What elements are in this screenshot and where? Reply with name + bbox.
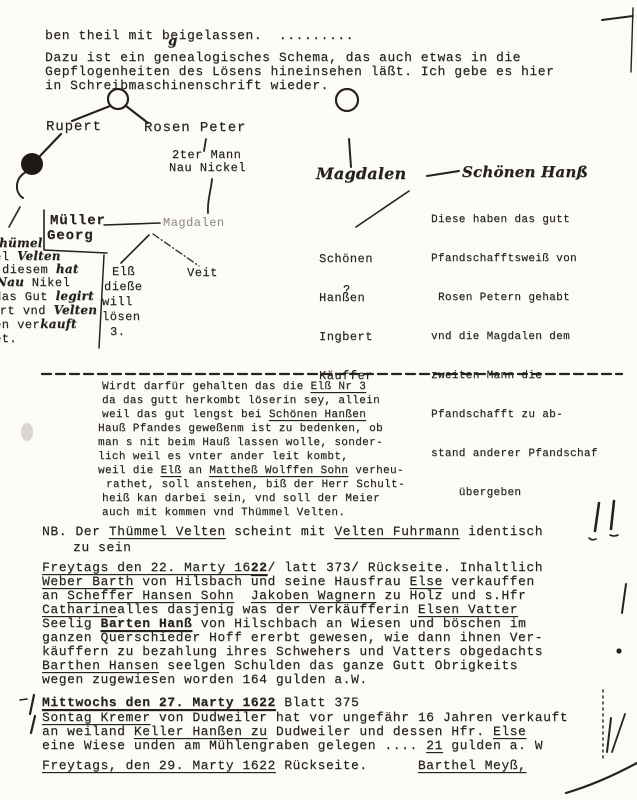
diagram-label-rosen-peter: Rosen Peter: [144, 120, 246, 136]
circle-symbol: [336, 89, 358, 111]
entry-line: ganzen Querschieder Hoff ererbt gewesen,…: [42, 630, 543, 645]
diagram-label-elss: Elß: [112, 265, 135, 279]
margin-note-line: das Gut legirt: [0, 289, 94, 304]
slash-mark: [9, 207, 20, 227]
note-line: zweiten Mann die: [431, 370, 598, 383]
note-line: stand anderer Pfandschaf: [431, 448, 598, 461]
body-line: weil das gut lengst bei Schönen Hanßen: [102, 409, 366, 422]
bottom-curve-mark: [566, 763, 637, 793]
intro-line-1: ben theil mit beigelassen. .........: [45, 28, 354, 43]
note-line: vnd die Magdalen dem: [431, 331, 598, 344]
diagram-label-nau-nickel: Nau Nickel: [169, 161, 246, 175]
body-line: weil die Elß an Mattheß Wolffen Sohn ver…: [98, 465, 404, 478]
body-line: Hauß Pfandes geweßenm ist zu bedenken, o…: [98, 423, 383, 436]
diagram-label-3: 3.: [110, 325, 125, 339]
diagram-label-2ter-mann: 2ter Mann: [172, 148, 241, 162]
entry-line: Freytags, den 29. Marty 1622 Rückseite. …: [42, 758, 526, 773]
intro-line-3: Gepflogenheiten des Lösens hineinsehen l…: [45, 64, 554, 79]
diagram-label-magdalen-hand: Magdalen: [316, 164, 406, 183]
entry-line: an Scheffer Hansen Sohn Jakoben Wagnern …: [42, 588, 526, 603]
family-line: [40, 134, 61, 156]
black-dot-symbol: [21, 153, 43, 175]
paren-mark: [17, 172, 26, 198]
intro-line-2: Dazu ist ein genealogisches Schema, das …: [45, 50, 521, 65]
descent-line: [349, 139, 351, 167]
note-line: Pfandschafft zu ab-: [431, 409, 598, 422]
entry-line: wegen zugewiesen worden 164 gulden a.W.: [42, 672, 368, 687]
entry-line: Weber Barth von Hilsbach und seine Hausf…: [42, 574, 535, 589]
margin-mark: [602, 16, 633, 20]
diagram-label-will: will: [102, 295, 133, 309]
note-line: übergeben: [431, 487, 598, 500]
entry-line: Barthen Hansen seelgen Schulden das ganz…: [42, 658, 518, 673]
diagram-label-schoenen-hanss: Schönen Hanß: [462, 163, 588, 181]
body-line: da das gutt herkombt löserin sey, allein: [102, 395, 380, 408]
entry-line: Mittwochs den 27. Marty 1622 Blatt 375: [42, 695, 359, 710]
marriage-line: [104, 223, 160, 225]
child-line-veit: [153, 234, 199, 266]
body-line: lich weil es vnter ander leit kombt,: [98, 451, 348, 464]
nb-line-2: zu sein: [73, 540, 131, 555]
schoenen-col-line: Schönen: [319, 253, 373, 266]
margin-mark: [31, 716, 35, 733]
diagram-question-mark: ?: [343, 283, 351, 297]
margin-note-line: ert vnd Velten: [0, 303, 97, 318]
margin-note-line: Nau Nikel: [0, 275, 70, 290]
entry-line: eine Wiese unden am Mühlengraben gelegen…: [42, 738, 543, 753]
body-line: man s nit beim Hauß lassen wolle, sonder…: [98, 437, 383, 450]
scanned-document-page: ben theil mit beigelassen. ......... g D…: [0, 0, 637, 800]
nb-line-1: NB. Der Thümmel Velten scheint mit Velte…: [42, 524, 543, 539]
child-line-elss: [121, 235, 149, 263]
body-line: rathet, soll anstehen, biß der Herr Schu…: [106, 479, 405, 492]
diagram-label-georg: Georg: [47, 228, 94, 244]
entry-line: an weiland Keller Hanßen zu Dudweiler un…: [42, 724, 526, 739]
note-line: Diese haben das gutt: [431, 214, 598, 227]
intro-line-4: in Schreibmaschinenschrift wieder.: [45, 78, 329, 93]
body-line: auch mit kommen vnd Thümmel Velten.: [102, 507, 345, 520]
diagram-label-diesse: dieße: [104, 280, 143, 294]
margin-mark: [631, 8, 633, 72]
margin-tick: [589, 538, 596, 540]
note-line: Pfandschafftsweiß von: [431, 253, 598, 266]
margin-mark-11: [611, 501, 614, 529]
body-line: Wirdt darfür gehalten das die Elß Nr 3: [102, 381, 366, 394]
margin-mark: [622, 584, 626, 613]
marriage-line: [427, 171, 459, 176]
margin-dash: [20, 699, 27, 700]
margin-tick: [610, 535, 618, 536]
diagram-label-veit: Veit: [187, 266, 218, 280]
margin-mark: [612, 714, 625, 752]
diagram-note-block: Diese haben das gutt Pfandschafftsweiß v…: [431, 188, 598, 526]
entry-line: Catharinealles dasjenig was der Verkäuff…: [42, 602, 518, 617]
diagram-label-mueller: Müller: [50, 213, 106, 229]
margin-mark: [607, 718, 611, 752]
entry-line: Seelig Barten Hanß von Hilschbach an Wie…: [42, 616, 526, 631]
margin-note-line: et.: [0, 332, 17, 346]
note-line: Rosen Petern gehabt: [431, 292, 598, 305]
entry-line: käuffern zu bezahlung ihres Schwehers un…: [42, 644, 543, 659]
diagram-label-magdalen-typed: Magdalen: [163, 216, 225, 230]
schoenen-col-line: Ingbert: [319, 331, 373, 344]
margin-note-line: en verkauft: [0, 317, 77, 332]
entry-line: Sontag Kremer von Dudweiler hat vor unge…: [42, 710, 568, 725]
diagram-label-loesen: lösen: [102, 310, 141, 324]
body-line: heiß kan darbei sein, vnd soll der Meier: [102, 493, 380, 506]
scan-smudge: [21, 423, 33, 441]
descent-line: [208, 179, 212, 213]
handwritten-correction-g: g: [168, 34, 177, 49]
diagram-label-rupert: Rupert: [46, 119, 102, 135]
margin-speck: [616, 648, 621, 653]
child-line-schoenen: [356, 191, 409, 227]
entry-line: Freytags den 22. Marty 1622/ latt 373/ R…: [42, 560, 543, 575]
margin-mark: [30, 695, 34, 714]
